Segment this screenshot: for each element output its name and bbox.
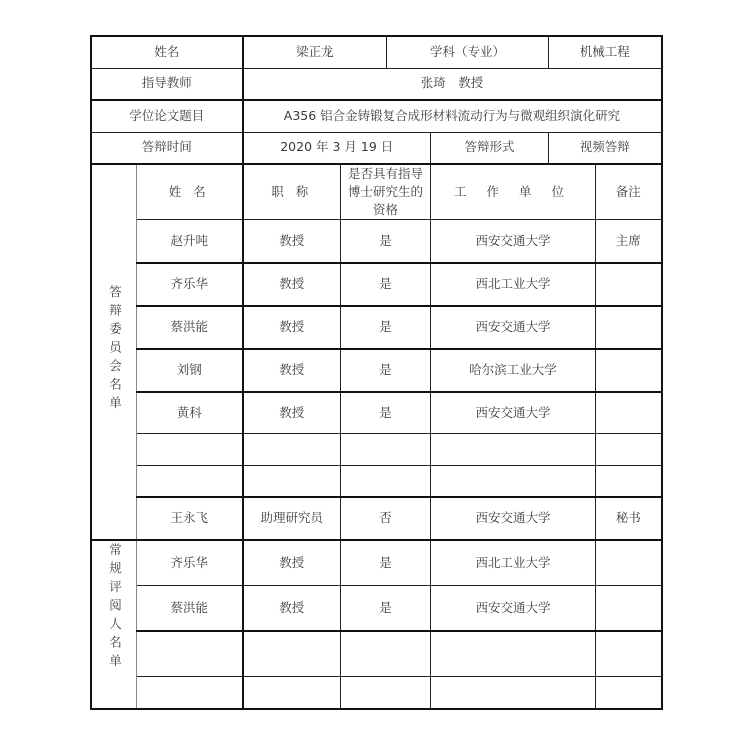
reviewer-qualified xyxy=(341,631,431,677)
committee-row: 蔡洪能 教授 是 西安交通大学 xyxy=(91,306,662,349)
member-qualified: 否 xyxy=(341,497,431,540)
reviewer-workplace: 西北工业大学 xyxy=(431,540,596,586)
reviewer-name xyxy=(137,677,243,709)
committee-header-row: 答辩委员会名单 姓 名 职 称 是否具有指导博士研究生的资格 工 作 单 位 备… xyxy=(91,164,662,220)
member-qualified xyxy=(341,466,431,497)
member-name: 黄科 xyxy=(137,392,243,434)
member-name: 齐乐华 xyxy=(137,263,243,306)
advisor-row: 指导教师 张琦 教授 xyxy=(91,68,662,100)
reviewer-qualified: 是 xyxy=(341,586,431,631)
reviewer-row-empty xyxy=(91,631,662,677)
member-workplace: 西安交通大学 xyxy=(431,306,596,349)
student-row: 姓名 梁正龙 学科（专业） 机械工程 xyxy=(91,36,662,68)
thesis-row: 学位论文题目 A356 铝合金铸锻复合成形材料流动行为与微观组织演化研究 xyxy=(91,100,662,132)
reviewer-group-label: 常规评阅人名单 xyxy=(91,540,137,709)
member-title: 教授 xyxy=(243,220,341,263)
member-workplace: 西安交通大学 xyxy=(431,220,596,263)
reviewer-qualified xyxy=(341,677,431,709)
member-remark xyxy=(596,306,662,349)
member-name: 刘钢 xyxy=(137,349,243,392)
member-workplace: 哈尔滨工业大学 xyxy=(431,349,596,392)
name-label: 姓名 xyxy=(91,36,243,68)
reviewer-workplace: 西安交通大学 xyxy=(431,586,596,631)
member-remark: 秘书 xyxy=(596,497,662,540)
member-qualified: 是 xyxy=(341,263,431,306)
thesis-value: A356 铝合金铸锻复合成形材料流动行为与微观组织演化研究 xyxy=(243,100,662,132)
member-remark xyxy=(596,466,662,497)
member-title: 教授 xyxy=(243,349,341,392)
advisor-value: 张琦 教授 xyxy=(243,68,662,100)
member-remark xyxy=(596,392,662,434)
committee-row-empty xyxy=(91,434,662,466)
reviewer-name: 齐乐华 xyxy=(137,540,243,586)
member-remark xyxy=(596,263,662,306)
reviewer-row: 常规评阅人名单 齐乐华 教授 是 西北工业大学 xyxy=(91,540,662,586)
committee-row-empty xyxy=(91,466,662,497)
thesis-label: 学位论文题目 xyxy=(91,100,243,132)
member-title: 助理研究员 xyxy=(243,497,341,540)
member-workplace xyxy=(431,434,596,466)
reviewer-title xyxy=(243,631,341,677)
committee-group-label: 答辩委员会名单 xyxy=(91,164,137,540)
member-qualified: 是 xyxy=(341,392,431,434)
col-header-name: 姓 名 xyxy=(137,164,243,220)
reviewer-remark xyxy=(596,631,662,677)
committee-row-secretary: 王永飞 助理研究员 否 西安交通大学 秘书 xyxy=(91,497,662,540)
defense-info-form: 姓名 梁正龙 学科（专业） 机械工程 指导教师 张琦 教授 学位论文题目 A35… xyxy=(90,35,663,710)
reviewer-label-text: 常规评阅人名单 xyxy=(106,543,123,673)
defense-time-row: 答辩时间 2020 年 3 月 19 日 答辩形式 视频答辩 xyxy=(91,132,662,164)
member-title: 教授 xyxy=(243,263,341,306)
discipline-value: 机械工程 xyxy=(549,36,662,68)
member-qualified: 是 xyxy=(341,349,431,392)
committee-row: 齐乐华 教授 是 西北工业大学 xyxy=(91,263,662,306)
reviewer-name xyxy=(137,631,243,677)
reviewer-remark xyxy=(596,540,662,586)
member-remark xyxy=(596,434,662,466)
member-title: 教授 xyxy=(243,306,341,349)
member-workplace: 西北工业大学 xyxy=(431,263,596,306)
reviewer-title: 教授 xyxy=(243,586,341,631)
reviewer-workplace xyxy=(431,677,596,709)
col-header-qualification: 是否具有指导博士研究生的资格 xyxy=(341,164,431,220)
member-workplace: 西安交通大学 xyxy=(431,497,596,540)
committee-row: 赵升吨 教授 是 西安交通大学 主席 xyxy=(91,220,662,263)
defense-time-value: 2020 年 3 月 19 日 xyxy=(243,132,431,164)
member-name xyxy=(137,466,243,497)
name-value: 梁正龙 xyxy=(243,36,387,68)
col-header-title: 职 称 xyxy=(243,164,341,220)
defense-info-table: 姓名 梁正龙 学科（专业） 机械工程 指导教师 张琦 教授 学位论文题目 A35… xyxy=(90,35,663,710)
member-workplace: 西安交通大学 xyxy=(431,392,596,434)
defense-time-label: 答辩时间 xyxy=(91,132,243,164)
discipline-label: 学科（专业） xyxy=(387,36,549,68)
committee-row: 刘钢 教授 是 哈尔滨工业大学 xyxy=(91,349,662,392)
member-qualified: 是 xyxy=(341,306,431,349)
committee-label-text: 答辩委员会名单 xyxy=(106,285,123,415)
member-remark: 主席 xyxy=(596,220,662,263)
member-name xyxy=(137,434,243,466)
advisor-label: 指导教师 xyxy=(91,68,243,100)
col-header-workplace: 工 作 单 位 xyxy=(431,164,596,220)
reviewer-title: 教授 xyxy=(243,540,341,586)
member-title: 教授 xyxy=(243,392,341,434)
reviewer-remark xyxy=(596,586,662,631)
committee-row: 黄科 教授 是 西安交通大学 xyxy=(91,392,662,434)
defense-form-label: 答辩形式 xyxy=(431,132,549,164)
reviewer-row: 蔡洪能 教授 是 西安交通大学 xyxy=(91,586,662,631)
member-name: 王永飞 xyxy=(137,497,243,540)
reviewer-name: 蔡洪能 xyxy=(137,586,243,631)
reviewer-qualified: 是 xyxy=(341,540,431,586)
member-remark xyxy=(596,349,662,392)
member-qualified: 是 xyxy=(341,220,431,263)
reviewer-workplace xyxy=(431,631,596,677)
reviewer-row-empty xyxy=(91,677,662,709)
member-workplace xyxy=(431,466,596,497)
member-name: 蔡洪能 xyxy=(137,306,243,349)
member-name: 赵升吨 xyxy=(137,220,243,263)
member-title xyxy=(243,466,341,497)
col-header-remark: 备注 xyxy=(596,164,662,220)
member-title xyxy=(243,434,341,466)
member-qualified xyxy=(341,434,431,466)
defense-form-value: 视频答辩 xyxy=(549,132,662,164)
reviewer-title xyxy=(243,677,341,709)
reviewer-remark xyxy=(596,677,662,709)
